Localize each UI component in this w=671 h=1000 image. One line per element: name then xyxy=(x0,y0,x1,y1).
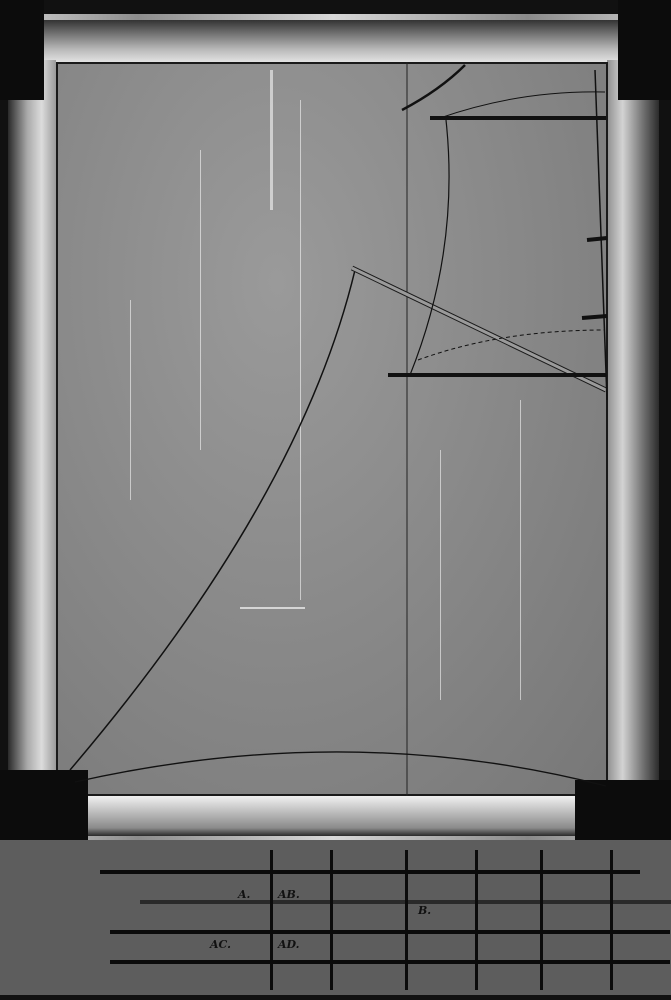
hull-line xyxy=(110,930,670,934)
hull-drawing: A. AB. B. AC. AD. xyxy=(0,840,671,995)
hull-line xyxy=(100,870,640,874)
hull-line xyxy=(475,850,478,990)
drawing-label: AD. xyxy=(278,938,300,951)
hull-line xyxy=(270,850,273,990)
drawing-label: AB. xyxy=(278,888,300,901)
hull-line xyxy=(110,960,670,964)
drawing-label: B. xyxy=(418,904,431,917)
drawing-label: AC. xyxy=(210,938,231,951)
hull-line xyxy=(540,850,543,990)
hull-line xyxy=(330,850,333,990)
drawing-label: A. xyxy=(238,888,250,901)
hull-line xyxy=(610,850,613,990)
hull-line xyxy=(405,850,408,990)
photograph: A. AB. B. AC. AD. xyxy=(0,0,671,1000)
